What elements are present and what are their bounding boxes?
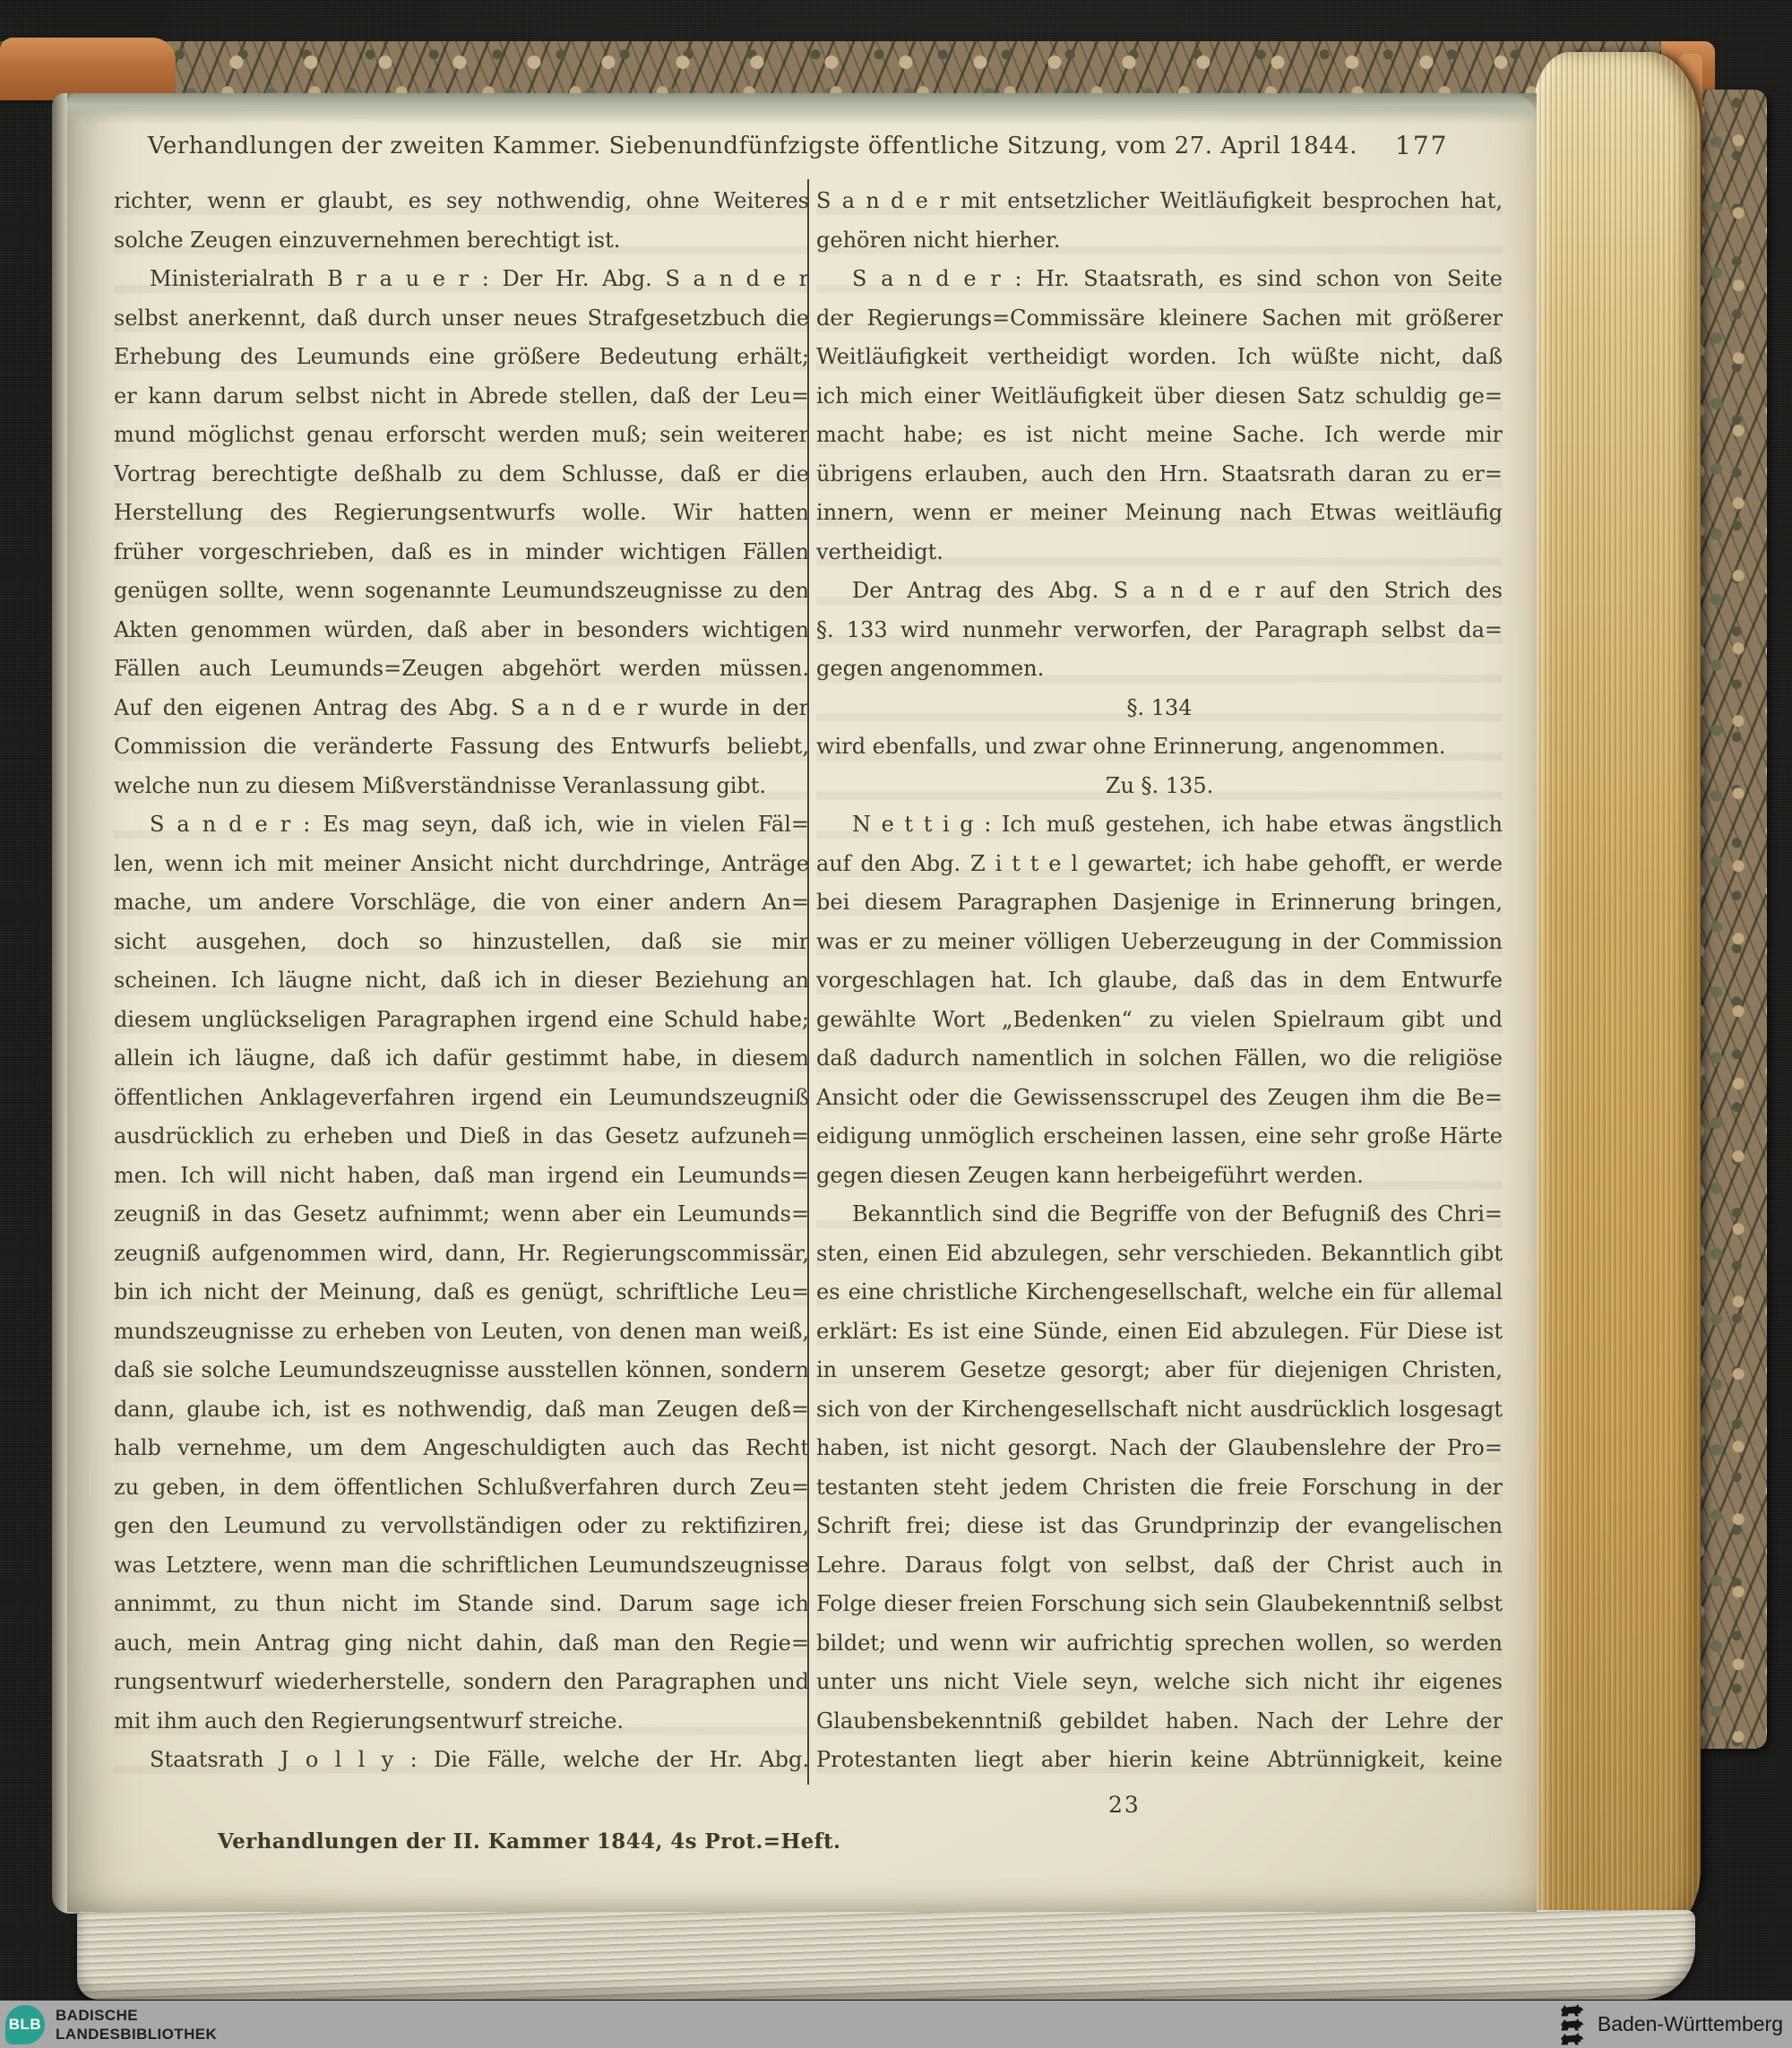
- text-line: rungsentwurf wiederherstelle, sondern de…: [114, 1663, 809, 1702]
- running-head-title: Verhandlungen der zweiten Kammer. Sieben…: [148, 133, 1357, 159]
- text-line: bei diesem Paragraphen Dasjenige in Erin…: [816, 883, 1503, 923]
- text-line: gen den Leumund zu vervollständigen oder…: [114, 1507, 809, 1546]
- text-line: Glaubensbekenntniß gebildet haben. Nach …: [816, 1702, 1503, 1742]
- blb-logo: BLB: [5, 2005, 45, 2044]
- text-line: zu geben, in dem öffentlichen Schlußverf…: [114, 1468, 809, 1508]
- text-line: vorgeschlagen hat. Ich glaube, daß das i…: [816, 961, 1503, 1001]
- text-line: in unserem Gesetze gesorgt; aber für die…: [816, 1351, 1503, 1390]
- text-line: auch, mein Antrag ging nicht dahin, daß …: [114, 1624, 809, 1664]
- text-line: gegen diesen Zeugen kann herbeigeführt w…: [816, 1157, 1503, 1196]
- running-head: Verhandlungen der zweiten Kammer. Sieben…: [103, 133, 1402, 159]
- digitized-book-scan: Verhandlungen der zweiten Kammer. Sieben…: [0, 0, 1792, 2048]
- text-line: vertheidigt.: [816, 533, 1503, 572]
- text-line: solche Zeugen einzuvernehmen berechtigt …: [114, 221, 809, 261]
- book-fore-edge-pages: [1534, 52, 1701, 1932]
- text-line: bildet; und wenn wir aufrichtig sprechen…: [816, 1624, 1503, 1664]
- text-line: zeugniß in das Gesetz aufnimmt; wenn abe…: [114, 1195, 809, 1235]
- text-line: §. 133 wird nunmehr verworfen, der Parag…: [816, 611, 1503, 650]
- text-line: Herstellung des Regierungsentwurfs wolle…: [114, 494, 809, 533]
- page-number: 177: [1395, 131, 1448, 160]
- text-line: unter uns nicht Viele seyn, welche sich …: [816, 1663, 1503, 1702]
- text-line: Akten genommen würden, daß aber in beson…: [114, 611, 809, 650]
- sheet-signature-number: 23: [1108, 1792, 1141, 1818]
- text-line: §. 134: [816, 689, 1503, 728]
- text-line: eidigung unmöglich erscheinen lassen, ei…: [816, 1117, 1503, 1157]
- text-line: Vortrag berechtigte deßhalb zu dem Schlu…: [114, 455, 809, 495]
- text-line: macht habe; es ist nicht meine Sache. Ic…: [816, 416, 1503, 455]
- leather-corner-left: [0, 38, 176, 100]
- text-line: bin ich nicht der Meinung, daß es genügt…: [114, 1273, 809, 1312]
- blb-logo-text: BLB: [9, 2016, 41, 2034]
- text-line: len, wenn ich mit meiner Ansicht nicht d…: [114, 845, 809, 884]
- text-line: S a n d e r : Hr. Staatsrath, es sind sc…: [816, 260, 1503, 299]
- text-line: sten, einen Eid abzulegen, sehr verschie…: [816, 1235, 1503, 1274]
- text-line: öffentlichen Anklageverfahren irgend ein…: [114, 1079, 809, 1118]
- text-line: annimmt, zu thun nicht im Stande sind. D…: [114, 1585, 809, 1624]
- text-line: halb vernehme, um dem Angeschuldigten au…: [114, 1429, 809, 1468]
- text-line: Zu §. 135.: [816, 767, 1503, 806]
- text-line: N e t t i g : Ich muß gestehen, ich habe…: [816, 805, 1503, 845]
- text-line: dann, glaube ich, ist es nothwendig, daß…: [114, 1390, 809, 1430]
- text-line: Schrift frei; diese ist das Grundprinzip…: [816, 1507, 1503, 1546]
- text-line: mache, um andere Vorschläge, die von ein…: [114, 883, 809, 923]
- baden-wuerttemberg-coat-of-arms-icon: [1556, 2003, 1587, 2046]
- text-line: Erhebung des Leumunds eine größere Bedeu…: [114, 338, 809, 377]
- text-line: mundszeugnisse zu erheben von Leuten, vo…: [114, 1312, 809, 1352]
- text-line: Staatsrath J o l l y : Die Fälle, welche…: [114, 1741, 809, 1780]
- text-line: Protestanten liegt aber hierin keine Abt…: [816, 1741, 1503, 1780]
- text-line: daß sie solche Leumundszeugnisse ausstel…: [114, 1351, 809, 1390]
- text-line: früher vorgeschrieben, daß es in minder …: [114, 533, 809, 572]
- text-line: innern, wenn er meiner Meinung nach Etwa…: [816, 494, 1503, 533]
- text-line: mund möglichst genau erforscht werden mu…: [114, 416, 809, 455]
- text-line: diesem unglückseligen Paragraphen irgend…: [114, 1001, 809, 1040]
- text-line: scheinen. Ich läugne nicht, daß ich in d…: [114, 961, 809, 1001]
- page-top-edge-shadow: [67, 93, 1537, 124]
- text-line: Auf den eigenen Antrag des Abg. S a n d …: [114, 689, 809, 728]
- text-line: ausdrücklich zu erheben und Dieß in das …: [114, 1117, 809, 1157]
- text-line: wird ebenfalls, und zwar ohne Erinnerung…: [816, 727, 1503, 767]
- text-line: Fällen auch Leumunds=Zeugen abgehört wer…: [114, 650, 809, 689]
- text-line: Der Antrag des Abg. S a n d e r auf den …: [816, 572, 1503, 611]
- text-column-left: richter, wenn er glaubt, es sey nothwend…: [114, 182, 809, 1780]
- text-line: Lehre. Daraus folgt von selbst, daß der …: [816, 1546, 1503, 1586]
- text-line: Ansicht oder die Gewissensscrupel des Ze…: [816, 1079, 1503, 1118]
- text-line: S a n d e r : Es mag seyn, daß ich, wie …: [114, 805, 809, 845]
- text-line: richter, wenn er glaubt, es sey nothwend…: [114, 182, 809, 221]
- text-line: selbst anerkennt, daß durch unser neues …: [114, 299, 809, 339]
- text-line: sicht ausgehen, doch so hinzustellen, da…: [114, 923, 809, 962]
- column-divider-rule: [807, 179, 809, 1785]
- text-line: Ministerialrath B r a u e r : Der Hr. Ab…: [114, 260, 809, 299]
- text-column-right: S a n d e r mit entsetzlicher Weitläufig…: [816, 182, 1503, 1780]
- text-line: Weitläufigkeit vertheidigt worden. Ich w…: [816, 338, 1503, 377]
- state-branding: Baden-Württemberg: [1556, 2003, 1783, 2046]
- library-footer-bar: BLB BADISCHE LANDESBIBLIOTHEK Baden-Würt…: [0, 2001, 1792, 2048]
- text-line: Folge dieser freien Forschung sich sein …: [816, 1585, 1503, 1624]
- text-line: S a n d e r mit entsetzlicher Weitläufig…: [816, 182, 1503, 221]
- text-line: men. Ich will nicht haben, daß man irgen…: [114, 1157, 809, 1196]
- text-line: der Regierungs=Commissäre kleinere Sache…: [816, 299, 1503, 339]
- library-name: BADISCHE LANDESBIBLIOTHEK: [56, 2006, 217, 2044]
- text-line: er kann darum selbst nicht in Abrede ste…: [114, 377, 809, 417]
- text-line: übrigens erlauben, auch den Hrn. Staatsr…: [816, 455, 1503, 495]
- text-line: genügen sollte, wenn sogenannte Leumunds…: [114, 572, 809, 611]
- text-line: daß dadurch namentlich in solchen Fällen…: [816, 1039, 1503, 1079]
- volume-imprint-line: Verhandlungen der II. Kammer 1844, 4s Pr…: [218, 1829, 840, 1854]
- text-line: welche nun zu diesem Mißverständnisse Ve…: [114, 767, 809, 806]
- text-line: es eine christliche Kirchengesellschaft,…: [816, 1273, 1503, 1312]
- text-line: haben, ist nicht gesorgt. Nach der Glaub…: [816, 1429, 1503, 1468]
- text-line: auf den Abg. Z i t t e l gewartet; ich h…: [816, 845, 1503, 884]
- text-line: erklärt: Es ist eine Sünde, einen Eid ab…: [816, 1312, 1503, 1352]
- library-name-line1: BADISCHE: [56, 2006, 217, 2025]
- text-line: zeugniß aufgenommen wird, dann, Hr. Regi…: [114, 1235, 809, 1274]
- text-line: was Letztere, wenn man die schriftlichen…: [114, 1546, 809, 1586]
- text-line: was er zu meiner völligen Ueberzeugung i…: [816, 923, 1503, 962]
- text-line: gewählte Wort „Bedenken“ zu vielen Spiel…: [816, 1001, 1503, 1040]
- text-line: ich mich einer Weitläufigkeit über diese…: [816, 377, 1503, 417]
- state-name: Baden-Württemberg: [1598, 2012, 1783, 2036]
- book-page: Verhandlungen der zweiten Kammer. Sieben…: [67, 93, 1537, 1912]
- text-line: allein ich läugne, daß ich dafür gestimm…: [114, 1039, 809, 1079]
- library-name-line2: LANDESBIBLIOTHEK: [56, 2025, 217, 2044]
- text-line: gehören nicht hierher.: [816, 221, 1503, 261]
- book-bottom-page-edges: [77, 1910, 1695, 2000]
- text-line: gegen angenommen.: [816, 650, 1503, 689]
- text-line: testanten steht jedem Christen die freie…: [816, 1468, 1503, 1508]
- text-line: sich von der Kirchengesellschaft nicht a…: [816, 1390, 1503, 1430]
- text-line: mit ihm auch den Regierungsentwurf strei…: [114, 1702, 809, 1742]
- book-cover-top-edge: [0, 41, 1710, 99]
- text-line: Bekanntlich sind die Begriffe von der Be…: [816, 1195, 1503, 1235]
- text-line: Commission die veränderte Fassung des En…: [114, 727, 809, 767]
